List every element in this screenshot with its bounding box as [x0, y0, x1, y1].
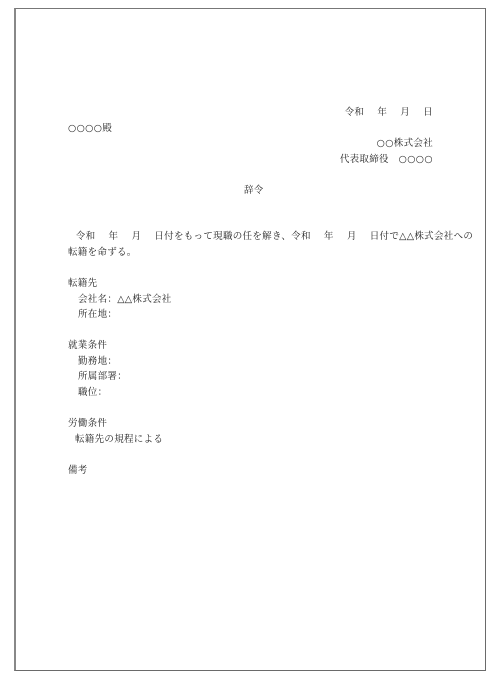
company-name: ○○株式会社 — [377, 138, 433, 150]
date-line: 令和 年 月 日 — [345, 107, 433, 119]
body-line-1: 令和 年 月 日付をもって現職の任を解き、令和 年 月 日付で△△株式会社への — [66, 231, 473, 243]
document-title: 辞令 — [244, 185, 264, 197]
representative: 代表取締役 ○○○○ — [340, 154, 433, 166]
section-item-address: 所在地： — [78, 309, 117, 321]
section-item-department: 所属部署： — [78, 371, 127, 383]
body-line-2: 転籍を命ずる。 — [68, 247, 137, 259]
recipient: ○○○○殿 — [68, 123, 112, 135]
section-item-labor-rules: 転籍先の規程による — [75, 434, 163, 446]
section-heading-transfer: 転籍先 — [68, 278, 97, 290]
section-item-workplace: 勤務地： — [78, 356, 117, 368]
section-heading-remarks: 備考 — [68, 465, 88, 477]
document-page: 令和 年 月 日 ○○○○殿 ○○株式会社 代表取締役 ○○○○ 辞令 令和 年… — [14, 8, 486, 671]
section-heading-employment: 就業条件 — [68, 340, 107, 352]
section-item-position: 職位： — [78, 387, 107, 399]
section-heading-labor: 労働条件 — [68, 418, 107, 430]
section-item-company: 会社名：△△株式会社 — [78, 294, 172, 306]
